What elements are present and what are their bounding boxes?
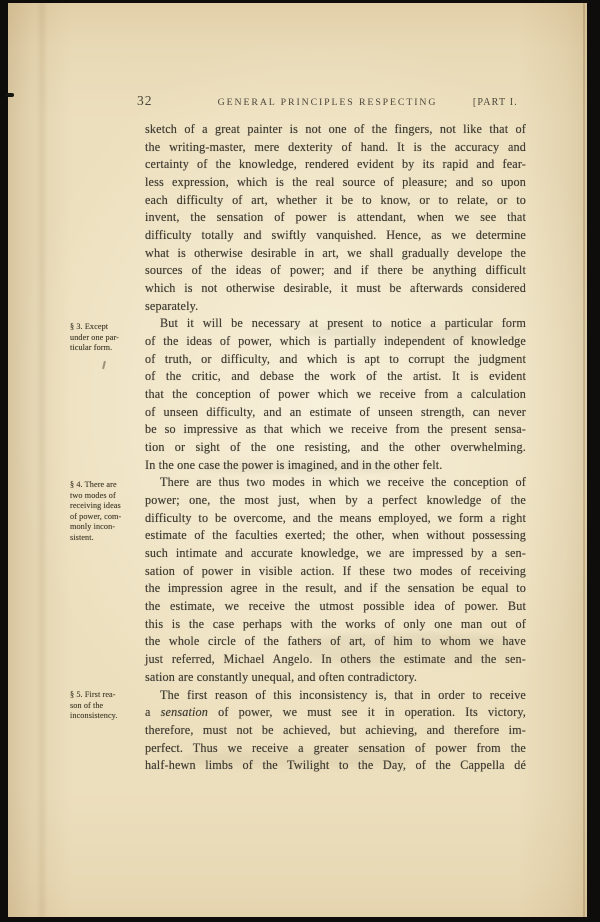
text-segment: of power, we must see it in operation. I…: [208, 705, 526, 719]
text-line: of truth, or difficulty, and which is ap…: [145, 351, 526, 369]
text-line: half-hewn limbs of the Twilight to the D…: [145, 757, 526, 775]
book-page: 32 GENERAL PRINCIPLES RESPECTING [PART I…: [8, 3, 587, 917]
scan-artifact-mark: [6, 93, 14, 97]
text-line: power; one, the most just, when by a per…: [145, 492, 526, 510]
text-line: The first reason of this inconsistency i…: [145, 687, 526, 705]
margin-note-section-3: § 3. Except under one par- ticular form.: [70, 322, 144, 354]
page-number: 32: [137, 93, 153, 109]
text-line: of the ideas of power, which is partiall…: [145, 333, 526, 351]
text-line: estimate of the faculties exerted; the o…: [145, 527, 526, 545]
text-line: be so impressive as that which we receiv…: [145, 421, 526, 439]
text-line: of the critic, and debase the work of th…: [145, 368, 526, 386]
text-line: But it will be necessary at present to n…: [145, 315, 526, 333]
text-line: invent, the sensation of power is attend…: [145, 209, 526, 227]
text-line: which is not otherwise desirable, it mus…: [145, 280, 526, 298]
text-line: this is the case perhaps with the works …: [145, 616, 526, 634]
text-line: such intimate and accurate knowledge, we…: [145, 545, 526, 563]
text-line: just referred, Michael Angelo. In others…: [145, 651, 526, 669]
text-line: perfect. Thus we receive a greater sensa…: [145, 740, 526, 758]
text-line: of unseen difficulty, and an estimate of…: [145, 404, 526, 422]
text-line: difficulty to be overcome, and the means…: [145, 510, 526, 528]
text-line: difficulty totally and swiftly vanquishe…: [145, 227, 526, 245]
text-line: the estimate, we receive the utmost poss…: [145, 598, 526, 616]
book-scan: 32 GENERAL PRINCIPLES RESPECTING [PART I…: [0, 0, 600, 922]
text-line: sation are constantly unequal, and often…: [145, 669, 526, 687]
italic-word: sensation: [161, 705, 208, 719]
text-line: sketch of a great painter is not one of …: [145, 121, 526, 139]
text-line: less expression, which is the real sourc…: [145, 174, 526, 192]
text-line: tion or sight of the one resisting, and …: [145, 439, 526, 457]
text-line: In the one case the power is imagined, a…: [145, 457, 526, 475]
margin-note-section-4: § 4. There are two modes of receiving id…: [70, 480, 144, 544]
text-line: the whole circle of the fathers of art, …: [145, 633, 526, 651]
text-line: each difficulty of art, whether it be to…: [145, 192, 526, 210]
margin-note-section-5: § 5. First rea- son of the inconsistency…: [70, 690, 144, 722]
text-line: certainty of the knowledge, rendered evi…: [145, 156, 526, 174]
text-line: There are thus two modes in which we rec…: [145, 474, 526, 492]
text-line: sation of power in visible action. If th…: [145, 563, 526, 581]
text-line: the impression agree in the result, and …: [145, 580, 526, 598]
part-label: [PART I.: [473, 97, 518, 108]
page-header: 32 GENERAL PRINCIPLES RESPECTING [PART I…: [137, 92, 518, 110]
body-text: sketch of a great painter is not one of …: [145, 121, 526, 775]
text-line: what is otherwise desirable in art, we s…: [145, 245, 526, 263]
text-line-with-italic: a sensation of power, we must see it in …: [145, 704, 526, 722]
text-line: separately.: [145, 298, 526, 316]
running-title: GENERAL PRINCIPLES RESPECTING: [218, 97, 438, 108]
text-line: therefore, must not be achieved, but ach…: [145, 722, 526, 740]
text-segment: a: [145, 705, 161, 719]
page-edge-line: [583, 3, 585, 917]
text-line: the writing-master, mere dexterity of ha…: [145, 139, 526, 157]
stray-pen-mark: [102, 361, 106, 369]
text-line: sources of the ideas of power; and if th…: [145, 262, 526, 280]
paper-crease: [36, 3, 48, 917]
text-line: that the conception of power which we re…: [145, 386, 526, 404]
